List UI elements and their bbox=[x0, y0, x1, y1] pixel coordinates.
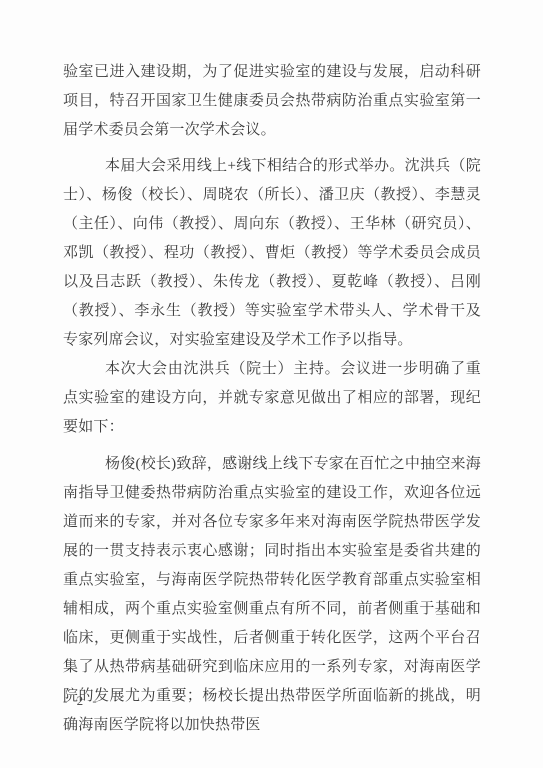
paragraph-continuation: 验室已进入建设期，为了促进实验室的建设与发展，启动科研项目，特召开国家卫生健康委… bbox=[63, 58, 481, 145]
paragraph-attendees: 本届大会采用线上+线下相结合的形式举办。沈洪兵（院士）、杨俊（校长）、周晓农（所… bbox=[63, 152, 481, 355]
page-number: - 2 - bbox=[63, 693, 100, 709]
document-body: 验室已进入建设期，为了促进实验室的建设与发展，启动科研项目，特召开国家卫生健康委… bbox=[63, 58, 481, 740]
document-page: 验室已进入建设期，为了促进实验室的建设与发展，启动科研项目，特召开国家卫生健康委… bbox=[0, 0, 543, 768]
paragraph-host-summary: 本次大会由沈洪兵（院士）主持。会议进一步明确了重点实验室的建设方向，并就专家意见… bbox=[63, 355, 481, 442]
paragraph-speech: 杨俊(校长)致辞，感谢线上线下专家在百忙之中抽空来海南指导卫健委热带病防治重点实… bbox=[63, 450, 481, 740]
